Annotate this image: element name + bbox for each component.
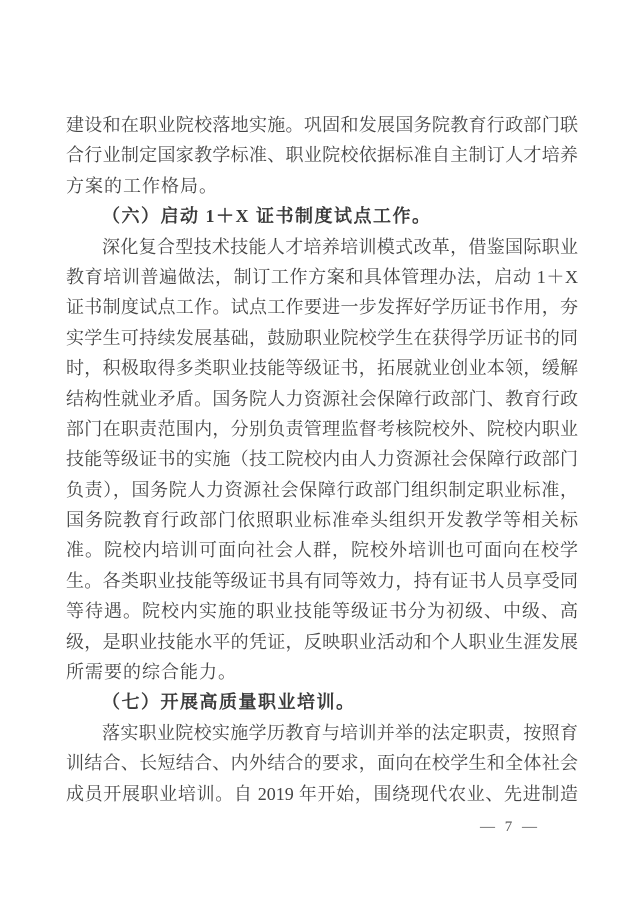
text-line: 实学生可持续发展基础，鼓励职业院校学生在获得学历证书的同 — [66, 323, 578, 353]
document-body: 建设和在职业院校落地实施。巩固和发展国务院教育行政部门联 合行业制定国家教学标准… — [66, 110, 578, 809]
text-line: 方案的工作格局。 — [66, 171, 578, 201]
section-heading-six: （六）启动 1＋X 证书制度试点工作。 — [66, 201, 578, 231]
text-line: 负责），国务院人力资源社会保障行政部门组织制定职业标准， — [66, 475, 578, 505]
text-line: 技能等级证书的实施（技工院校内由人力资源社会保障行政部门 — [66, 444, 578, 474]
text-line: 深化复合型技术技能人才培养培训模式改革，借鉴国际职业 — [66, 232, 578, 262]
section-heading-seven: （七）开展高质量职业培训。 — [66, 687, 578, 717]
page-number: — 7 — — [440, 816, 580, 838]
document-page: 建设和在职业院校落地实施。巩固和发展国务院教育行政部门联 合行业制定国家教学标准… — [0, 0, 640, 909]
text-line: 国务院教育行政部门依照职业标准牵头组织开发教学等相关标 — [66, 505, 578, 535]
text-line: 结构性就业矛盾。国务院人力资源社会保障行政部门、教育行政 — [66, 384, 578, 414]
text-line: 成员开展职业培训。自 2019 年开始，围绕现代农业、先进制造 — [66, 779, 578, 809]
text-line: 部门在职责范围内，分别负责管理监督考核院校外、院校内职业 — [66, 414, 578, 444]
text-line: 生。各类职业技能等级证书具有同等效力，持有证书人员享受同 — [66, 566, 578, 596]
text-line: 准。院校内培训可面向社会人群，院校外培训也可面向在校学 — [66, 535, 578, 565]
text-line: 等待遇。院校内实施的职业技能等级证书分为初级、中级、高 — [66, 596, 578, 626]
text-line: 建设和在职业院校落地实施。巩固和发展国务院教育行政部门联 — [66, 110, 578, 140]
text-line: 教育培训普遍做法，制订工作方案和具体管理办法，启动 1＋X — [66, 262, 578, 292]
text-line: 训结合、长短结合、内外结合的要求，面向在校学生和全体社会 — [66, 748, 578, 778]
text-line: 证书制度试点工作。试点工作要进一步发挥好学历证书作用，夯 — [66, 292, 578, 322]
text-line: 时，积极取得多类职业技能等级证书，拓展就业创业本领，缓解 — [66, 353, 578, 383]
text-line: 所需要的综合能力。 — [66, 657, 578, 687]
text-line: 级，是职业技能水平的凭证，反映职业活动和个人职业生涯发展 — [66, 627, 578, 657]
text-line: 落实职业院校实施学历教育与培训并举的法定职责，按照育 — [66, 718, 578, 748]
text-line: 合行业制定国家教学标准、职业院校依据标准自主制订人才培养 — [66, 140, 578, 170]
